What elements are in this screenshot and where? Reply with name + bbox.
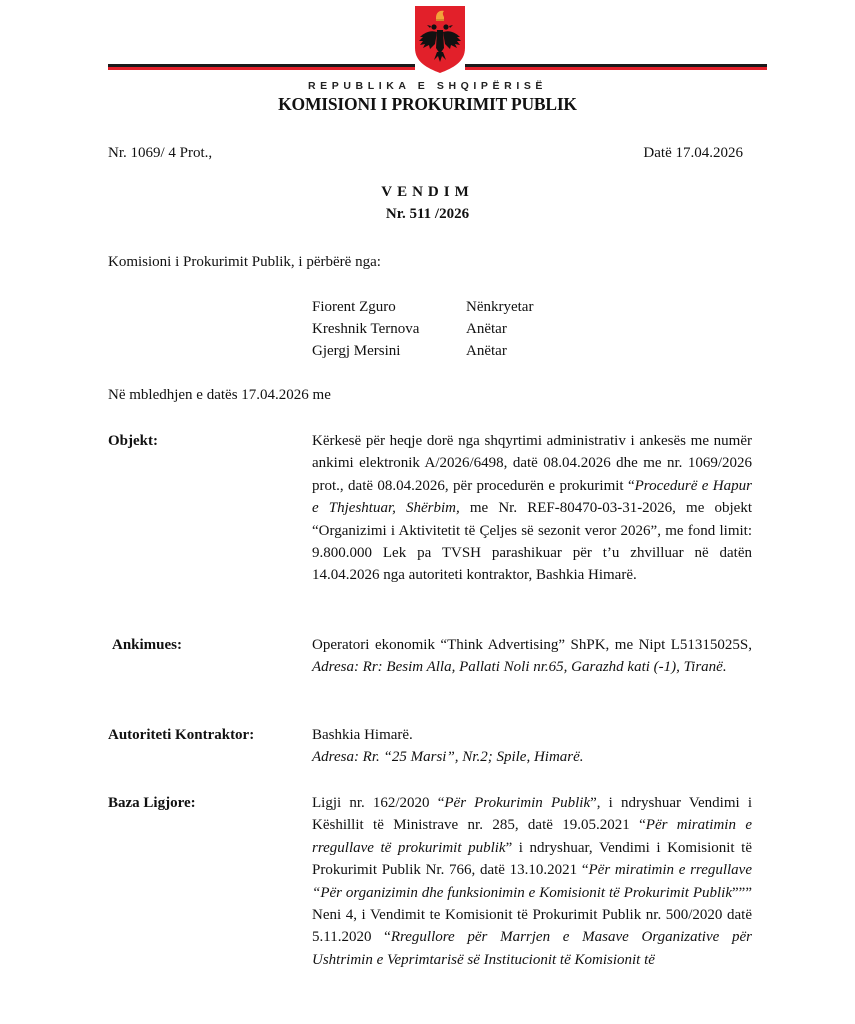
member-name: Fiorent Zguro (312, 296, 396, 318)
decision-number: Nr. 511 /2026 (0, 206, 855, 223)
member-role: Anëtar (466, 318, 507, 340)
member-role: Nënkryetar (466, 296, 533, 318)
protocol-number: Nr. 1069/ 4 Prot., (108, 142, 212, 164)
baza-ligjore-text: Ligji nr. 162/2020 “Për Prokurimin Publi… (312, 792, 752, 971)
institution-name: KOMISIONI I PROKURIMIT PUBLIK (0, 94, 855, 115)
document-date: Datë 17.04.2026 (643, 142, 743, 164)
objekt-label: Objekt: (108, 430, 158, 452)
objekt-text: Kërkesë për heqje dorë nga shqyrtimi adm… (312, 430, 752, 587)
autoriteti-label: Autoriteti Kontraktor: (108, 724, 254, 746)
meeting-text: Në mbledhjen e datës 17.04.2026 me (108, 384, 331, 406)
republic-name: REPUBLIKA E SHQIPËRISË (0, 80, 855, 92)
autoriteti-text: Bashkia Himarë. Adresa: Rr. “25 Marsi”, … (312, 724, 752, 769)
autoriteti-name: Bashkia Himarë. (312, 724, 752, 746)
intro-text: Komisioni i Prokurimit Publik, i përbërë… (108, 251, 381, 273)
header-rule-left (108, 64, 415, 70)
member-name: Gjergj Mersini (312, 340, 400, 362)
ankimues-text: Operatori ekonomik “Think Advertising” S… (312, 634, 752, 679)
ankimues-label: Ankimues: (112, 634, 182, 656)
decision-title: VENDIM (0, 184, 855, 201)
baza-ligjore-label: Baza Ligjore: (108, 792, 196, 814)
coat-of-arms-icon (413, 4, 467, 74)
header-rule-right (465, 64, 767, 70)
member-role: Anëtar (466, 340, 507, 362)
autoriteti-address: Adresa: Rr. “25 Marsi”, Nr.2; Spile, Him… (312, 746, 752, 768)
member-name: Kreshnik Ternova (312, 318, 419, 340)
